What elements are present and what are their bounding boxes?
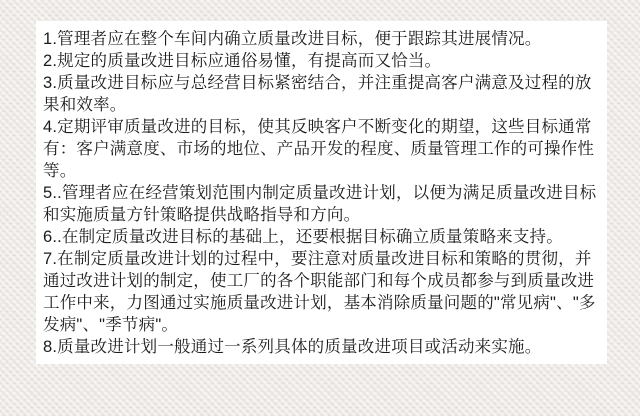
list-item-5: 5..管理者应在经营策划范围内制定质量改进计划，以便为满足质量改进目标和实施质量… <box>43 182 600 226</box>
content-card: 1.管理者应在整个车间内确立质量改进目标，便于跟踪其进展情况。 2.规定的质量改… <box>36 21 607 364</box>
list-item-7: 7.在制定质量改进计划的过程中，要注意对质量改进目标和策略的贯彻，并通过改进计划… <box>43 248 600 336</box>
list-item-2: 2.规定的质量改进目标应通俗易懂，有提高而又恰当。 <box>43 50 600 72</box>
list-item-1: 1.管理者应在整个车间内确立质量改进目标，便于跟踪其进展情况。 <box>43 28 600 50</box>
list-item-8: 8.质量改进计划一般通过一系列具体的质量改进项目或活动来实施。 <box>43 336 600 358</box>
list-item-6: 6..在制定质量改进目标的基础上，还要根据目标确立质量策略来支持。 <box>43 226 600 248</box>
list-item-3: 3.质量改进目标应与总经营目标紧密结合，并注重提高客户满意及过程的放果和效率。 <box>43 72 600 116</box>
list-item-4: 4.定期评审质量改进的目标，使其反映客户不断变化的期望，这些目标通常有：客户满意… <box>43 116 600 182</box>
